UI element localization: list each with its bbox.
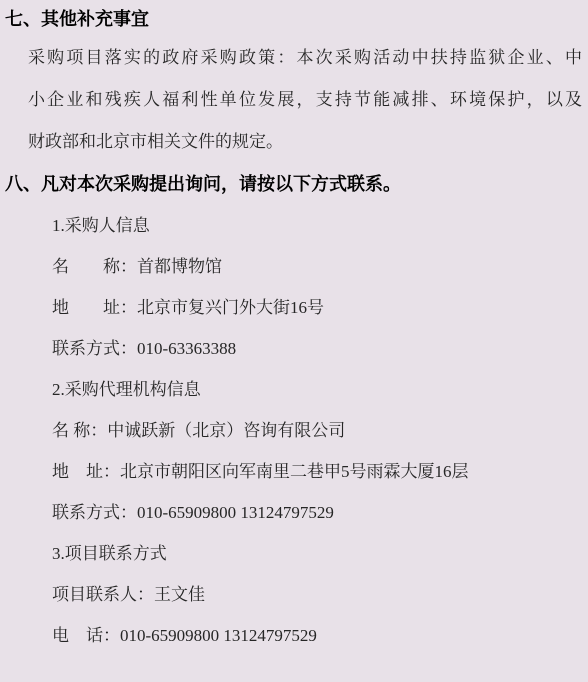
field-label: 名 称： — [52, 257, 137, 276]
section-7-paragraph: 采购项目落实的政府采购政策：本次采购活动中扶持监狱企业、中 小企业和残疾人福利性… — [28, 48, 582, 152]
field-value: 首都博物馆 — [137, 257, 222, 276]
subsection-title-project-contact: 3.项目联系方式 — [52, 544, 585, 564]
field-value: 010-65909800 13124797529 — [120, 626, 317, 645]
field-value: 010-63363388 — [137, 339, 236, 358]
project-contact-person-row: 项目联系人：王文佳 — [52, 585, 585, 605]
field-value: 中诚跃新（北京）咨询有限公司 — [107, 421, 345, 440]
field-value: 王文佳 — [154, 585, 205, 604]
field-label: 电 话： — [52, 626, 120, 645]
field-label: 地 址： — [52, 298, 137, 317]
field-label: 项目联系人： — [52, 585, 154, 604]
paragraph-line: 小企业和残疾人福利性单位发展，支持节能减排、环境保护，以及 — [28, 90, 582, 110]
field-value: 北京市复兴门外大街16号 — [137, 298, 324, 317]
purchaser-contact-row: 联系方式：010-63363388 — [52, 339, 585, 359]
field-label: 名 称： — [52, 421, 107, 440]
field-label: 联系方式： — [52, 503, 137, 522]
section-8-heading: 八、凡对本次采购提出询问，请按以下方式联系。 — [5, 174, 585, 196]
subsection-title-agency: 2.采购代理机构信息 — [52, 380, 585, 400]
purchaser-name-row: 名 称：首都博物馆 — [52, 257, 585, 277]
paragraph-line: 财政部和北京市相关文件的规定。 — [28, 132, 582, 152]
subsection-title-purchaser: 1.采购人信息 — [52, 216, 585, 236]
project-phone-row: 电 话：010-65909800 13124797529 — [52, 626, 585, 646]
contact-details: 1.采购人信息 名 称：首都博物馆 地 址：北京市复兴门外大街16号 联系方式：… — [52, 216, 585, 646]
agency-address-row: 地 址：北京市朝阳区向军南里二巷甲5号雨霖大厦16层 — [52, 462, 585, 482]
paragraph-line: 采购项目落实的政府采购政策：本次采购活动中扶持监狱企业、中 — [28, 48, 582, 68]
section-7-heading: 七、其他补充事宜 — [5, 9, 585, 31]
document-page: 七、其他补充事宜 采购项目落实的政府采购政策：本次采购活动中扶持监狱企业、中 小… — [0, 0, 588, 682]
field-label: 地 址： — [52, 462, 120, 481]
agency-contact-row: 联系方式：010-65909800 13124797529 — [52, 503, 585, 523]
field-label: 联系方式： — [52, 339, 137, 358]
purchaser-address-row: 地 址：北京市复兴门外大街16号 — [52, 298, 585, 318]
field-value: 北京市朝阳区向军南里二巷甲5号雨霖大厦16层 — [120, 462, 469, 481]
field-value: 010-65909800 13124797529 — [137, 503, 334, 522]
agency-name-row: 名 称：中诚跃新（北京）咨询有限公司 — [52, 421, 585, 441]
